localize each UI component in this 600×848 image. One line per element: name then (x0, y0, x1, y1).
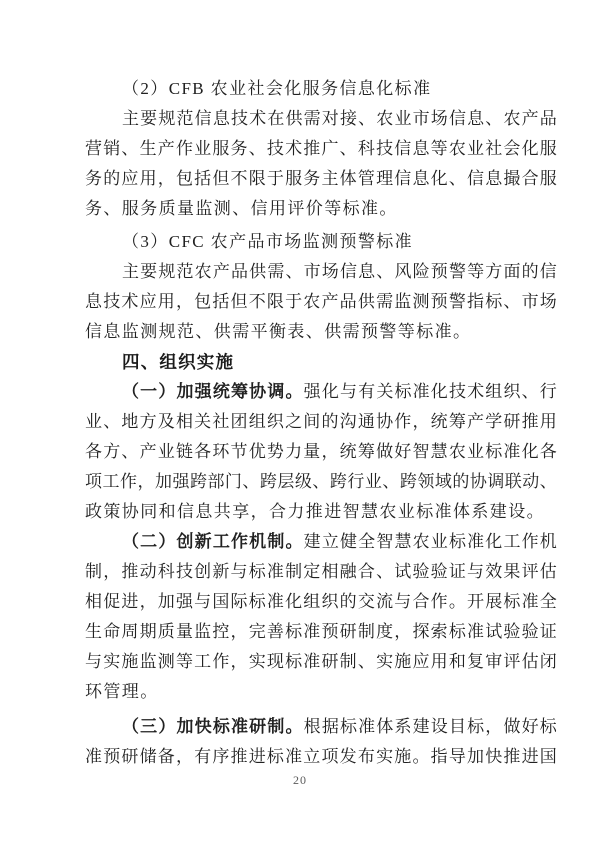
paragraph-lead: （三）加快标准研制。 (122, 717, 304, 736)
section-heading-4: 四、组织实施 (85, 347, 557, 377)
line-text: 制，推动科技创新与标准制定相融合、试验验证与效果评估 (85, 562, 557, 581)
paragraph-1: （一）加强统筹协调。强化与有关标准化技术组织、行业、地方及相关社团组织之间的沟通… (85, 377, 557, 527)
section-heading-text: 四、组织实施 (85, 347, 557, 377)
text-line: 制，推动科技创新与标准制定相融合、试验验证与效果评估 (85, 557, 557, 587)
text-line: 务的应用，包括但不限于服务主体管理信息化、信息撮合服 (85, 164, 557, 194)
text-line: 业、地方及相关社团组织之间的沟通协作，统筹产学研推用 (85, 407, 557, 437)
line-text: （3）CFC 农产品市场监测预警标准 (122, 232, 413, 251)
line-text: 各方、产业链各环节优势力量，统筹做好智慧农业标准化各 (85, 442, 557, 461)
text-line: 与实施监测等工作，实现标准研制、实施应用和复审评估闭 (85, 647, 557, 677)
text-line: 环管理。 (85, 677, 557, 707)
text-line: 相促进，加强与国际标准化组织的交流与合作。开展标准全 (85, 587, 557, 617)
text-line: 主要规范信息技术在供需对接、农业市场信息、农产品 (85, 104, 557, 134)
text-line: 信息监测规范、供需平衡表、供需预警等标准。 (85, 317, 557, 347)
paragraph-lead: （一）加强统筹协调。 (122, 382, 304, 401)
line-text: 息技术应用，包括但不限于农产品供需监测预警指标、市场 (85, 292, 557, 311)
text-line: 主要规范农产品供需、市场信息、风险预警等方面的信 (85, 257, 557, 287)
text-line: （一）加强统筹协调。强化与有关标准化技术组织、行 (85, 377, 557, 407)
text-line: 营销、生产作业服务、技术推广、科技信息等农业社会化服 (85, 134, 557, 164)
text-line: 务、服务质量监测、信用评价等标准。 (85, 194, 557, 224)
line-text: 务、服务质量监测、信用评价等标准。 (85, 199, 398, 218)
item-heading: （2）CFB 农业社会化服务信息化标准 (85, 74, 557, 104)
line-text: 政策协同和信息共享，合力推进智慧农业标准体系建设。 (85, 502, 545, 521)
item-heading: （3）CFC 农产品市场监测预警标准 (85, 227, 557, 257)
text-line: （三）加快标准研制。根据标准体系建设目标，做好标 (85, 712, 557, 742)
text-line: 准预研储备，有序推进标准立项发布实施。指导加快推进国 (85, 742, 557, 772)
line-text: 生命周期质量监控，完善标准预研制度，探索标准试验验证 (85, 622, 557, 641)
line-text: 相促进，加强与国际标准化组织的交流与合作。开展标准全 (85, 592, 557, 611)
item-cfc: （3）CFC 农产品市场监测预警标准主要规范农产品供需、市场信息、风险预警等方面… (85, 227, 557, 347)
line-text: 营销、生产作业服务、技术推广、科技信息等农业社会化服 (85, 139, 557, 158)
line-text: 环管理。 (85, 682, 159, 701)
paragraph-2: （二）创新工作机制。建立健全智慧农业标准化工作机制，推动科技创新与标准制定相融合… (85, 527, 557, 707)
text-line: 息技术应用，包括但不限于农产品供需监测预警指标、市场 (85, 287, 557, 317)
text-line: 各方、产业链各环节优势力量，统筹做好智慧农业标准化各 (85, 437, 557, 467)
text-line: 项工作，加强跨部门、跨层级、跨行业、跨领域的协调联动、 (85, 467, 557, 497)
document-page: （2）CFB 农业社会化服务信息化标准主要规范信息技术在供需对接、农业市场信息、… (0, 0, 600, 848)
text-line: 生命周期质量监控，完善标准预研制度，探索标准试验验证 (85, 617, 557, 647)
line-text: 主要规范农产品供需、市场信息、风险预警等方面的信 (122, 262, 557, 281)
text-line: （二）创新工作机制。建立健全智慧农业标准化工作机 (85, 527, 557, 557)
line-text: 主要规范信息技术在供需对接、农业市场信息、农产品 (122, 109, 557, 128)
paragraph-lead: （二）创新工作机制。 (122, 532, 304, 551)
paragraph-3: （三）加快标准研制。根据标准体系建设目标，做好标准预研储备，有序推进标准立项发布… (85, 712, 557, 772)
line-text: 务的应用，包括但不限于服务主体管理信息化、信息撮合服 (85, 169, 557, 188)
line-text: 建立健全智慧农业标准化工作机 (304, 532, 557, 551)
line-text: （2）CFB 农业社会化服务信息化标准 (122, 79, 431, 98)
line-text: 信息监测规范、供需平衡表、供需预警等标准。 (85, 322, 471, 341)
document-body: （2）CFB 农业社会化服务信息化标准主要规范信息技术在供需对接、农业市场信息、… (85, 74, 557, 772)
page-number: 20 (0, 770, 600, 790)
text-line: 政策协同和信息共享，合力推进智慧农业标准体系建设。 (85, 497, 557, 527)
line-text: 与实施监测等工作，实现标准研制、实施应用和复审评估闭 (85, 652, 557, 671)
line-text: 业、地方及相关社团组织之间的沟通协作，统筹产学研推用 (85, 412, 557, 431)
line-text: 准预研储备，有序推进标准立项发布实施。指导加快推进国 (85, 747, 557, 766)
line-text: 根据标准体系建设目标，做好标 (304, 717, 557, 736)
line-text: 强化与有关标准化技术组织、行 (304, 382, 557, 401)
line-text: 四、组织实施 (122, 352, 234, 372)
item-cfb: （2）CFB 农业社会化服务信息化标准主要规范信息技术在供需对接、农业市场信息、… (85, 74, 557, 224)
line-text: 项工作，加强跨部门、跨层级、跨行业、跨领域的协调联动、 (85, 472, 557, 491)
